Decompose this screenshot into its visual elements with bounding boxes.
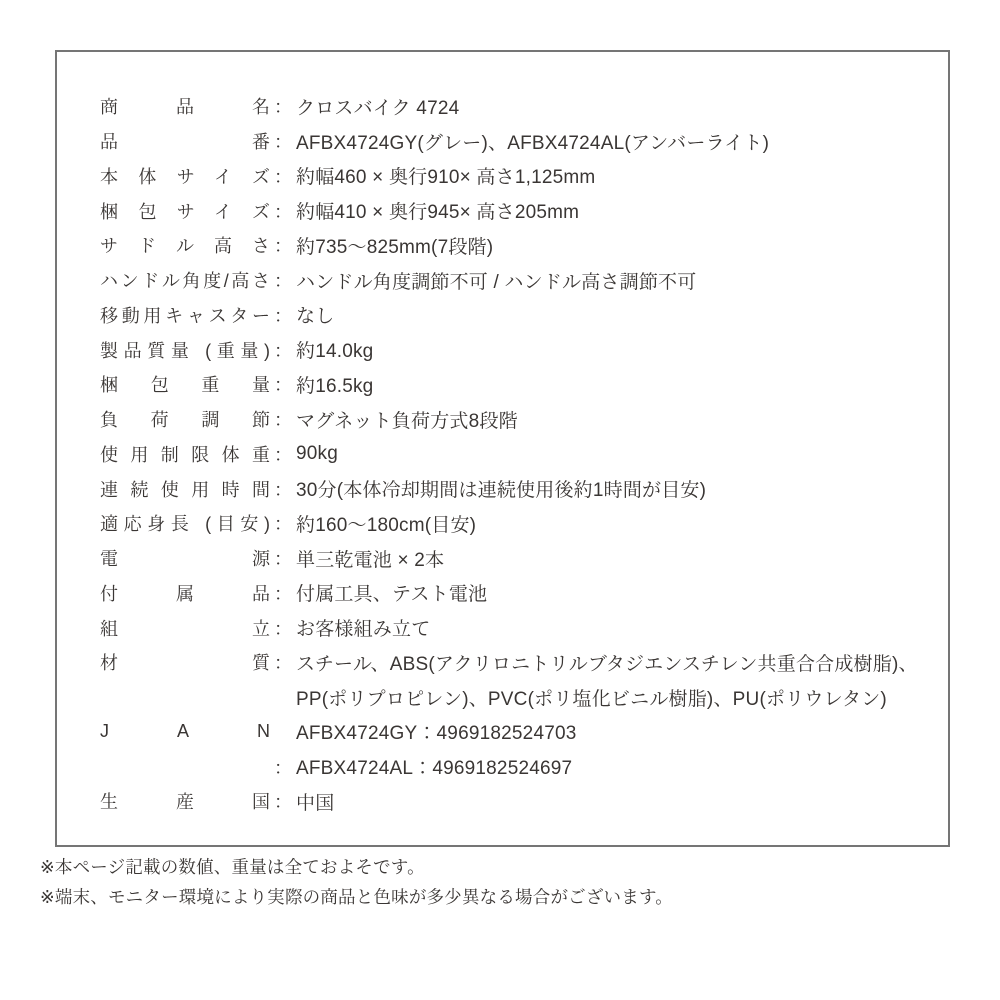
spec-label: 商品名 — [100, 93, 270, 119]
spec-row: 製品質量 (重量)：約14.0kg — [100, 332, 948, 367]
spec-colon: ： — [270, 476, 296, 502]
spec-rows: 商品名：クロスバイク 4724品番：AFBX4724GY(グレー)、AFBX47… — [57, 52, 948, 819]
spec-value: ハンドル角度調節不可 / ハンドル高さ調節不可 — [296, 267, 696, 294]
spec-row: サドル高さ：約735～825mm(7段階) — [100, 228, 948, 263]
spec-colon: ： — [270, 302, 296, 328]
spec-row: 付属品：付属工具、テスト電池 — [100, 576, 948, 611]
spec-row: 組立：お客様組み立て — [100, 610, 948, 645]
spec-row: 生産国：中国 — [100, 784, 948, 819]
spec-row: ：AFBX4724AL：4969182524697 — [100, 749, 948, 784]
spec-row: 材質：スチール、ABS(アクリロニトリルブタジエンスチレン共重合合成樹脂)、 — [100, 645, 948, 680]
spec-sheet-box: 商品名：クロスバイク 4724品番：AFBX4724GY(グレー)、AFBX47… — [55, 50, 950, 847]
spec-colon: ： — [270, 337, 296, 363]
spec-colon: ： — [270, 128, 296, 154]
spec-value: 約160～180cm(目安) — [296, 510, 476, 537]
spec-value: AFBX4724AL：4969182524697 — [296, 753, 572, 780]
spec-value: マグネット負荷方式8段階 — [296, 406, 518, 433]
spec-value: AFBX4724GY：4969182524703 — [296, 718, 577, 745]
footnote-line: ※本ページ記載の数値、重量は全ておよそです。 — [40, 853, 673, 883]
spec-row: 商品名：クロスバイク 4724 — [100, 89, 948, 124]
spec-colon: ： — [270, 615, 296, 641]
spec-label: 材質 — [100, 649, 270, 675]
spec-label: J A N — [100, 721, 270, 742]
spec-label: 梱包重量 — [100, 371, 270, 397]
spec-label: 連続使用時間 — [100, 476, 270, 502]
spec-label: 組立 — [100, 615, 270, 641]
spec-colon: ： — [270, 198, 296, 224]
spec-value: 単三乾電池 × 2本 — [296, 545, 444, 572]
spec-colon: ： — [270, 441, 296, 467]
spec-value: 付属工具、テスト電池 — [296, 579, 487, 606]
spec-row: 電源：単三乾電池 × 2本 — [100, 541, 948, 576]
spec-value: 中国 — [296, 788, 334, 815]
spec-value: 30分(本体冷却期間は連続使用後約1時間が目安) — [296, 475, 706, 502]
spec-label: ハンドル角度/高さ — [100, 267, 270, 293]
spec-row: 本体サイズ：約幅460 × 奥行910× 高さ1,125mm — [100, 159, 948, 194]
spec-colon: ： — [270, 406, 296, 432]
spec-label: 電源 — [100, 545, 270, 571]
spec-value: お客様組み立て — [296, 614, 430, 641]
spec-row: 連続使用時間：30分(本体冷却期間は連続使用後約1時間が目安) — [100, 471, 948, 506]
spec-row: J A NAFBX4724GY：4969182524703 — [100, 715, 948, 750]
spec-value: スチール、ABS(アクリロニトリルブタジエンスチレン共重合合成樹脂)、 — [296, 649, 918, 676]
spec-label: 負荷調節 — [100, 406, 270, 432]
spec-colon: ： — [270, 649, 296, 675]
spec-label: 梱包サイズ — [100, 198, 270, 224]
spec-value: 90kg — [296, 443, 338, 465]
footnote-line: ※端末、モニター環境により実際の商品と色味が多少異なる場合がございます。 — [40, 883, 673, 913]
spec-row: 梱包重量：約16.5kg — [100, 367, 948, 402]
spec-value: 約16.5kg — [296, 371, 373, 398]
spec-colon: ： — [270, 163, 296, 189]
spec-row: 移動用キャスター：なし — [100, 298, 948, 333]
footnotes: ※本ページ記載の数値、重量は全ておよそです。 ※端末、モニター環境により実際の商… — [40, 853, 673, 912]
spec-row: 適応身長 (目安)：約160～180cm(目安) — [100, 506, 948, 541]
spec-colon: ： — [270, 93, 296, 119]
spec-label: 移動用キャスター — [100, 302, 270, 328]
spec-row: ハンドル角度/高さ：ハンドル角度調節不可 / ハンドル高さ調節不可 — [100, 263, 948, 298]
spec-label: サドル高さ — [100, 232, 270, 258]
spec-colon: ： — [270, 232, 296, 258]
spec-label: 生産国 — [100, 788, 270, 814]
spec-colon: ： — [270, 510, 296, 536]
spec-value: AFBX4724GY(グレー)、AFBX4724AL(アンバーライト) — [296, 128, 769, 155]
spec-label: 本体サイズ — [100, 163, 270, 189]
spec-colon: ： — [270, 580, 296, 606]
spec-label: 適応身長 (目安) — [100, 510, 270, 536]
spec-label: 品番 — [100, 128, 270, 154]
spec-row: PP(ポリプロピレン)、PVC(ポリ塩化ビニル樹脂)、PU(ポリウレタン) — [100, 680, 948, 715]
spec-colon: ： — [270, 267, 296, 293]
spec-colon: ： — [270, 545, 296, 571]
spec-colon: ： — [270, 754, 296, 780]
spec-value: 約幅460 × 奥行910× 高さ1,125mm — [296, 162, 595, 189]
spec-row: 使用制限体重：90kg — [100, 437, 948, 472]
spec-value: PP(ポリプロピレン)、PVC(ポリ塩化ビニル樹脂)、PU(ポリウレタン) — [296, 684, 887, 711]
spec-row: 負荷調節：マグネット負荷方式8段階 — [100, 402, 948, 437]
spec-value: クロスバイク 4724 — [296, 93, 459, 120]
spec-row: 梱包サイズ：約幅410 × 奥行945× 高さ205mm — [100, 193, 948, 228]
spec-value: 約幅410 × 奥行945× 高さ205mm — [296, 197, 579, 224]
spec-value: 約735～825mm(7段階) — [296, 232, 493, 259]
spec-row: 品番：AFBX4724GY(グレー)、AFBX4724AL(アンバーライト) — [100, 124, 948, 159]
spec-colon: ： — [270, 371, 296, 397]
spec-colon: ： — [270, 788, 296, 814]
spec-label: 製品質量 (重量) — [100, 337, 270, 363]
spec-label: 付属品 — [100, 580, 270, 606]
spec-value: なし — [296, 301, 334, 328]
spec-label: 使用制限体重 — [100, 441, 270, 467]
spec-value: 約14.0kg — [296, 336, 373, 363]
